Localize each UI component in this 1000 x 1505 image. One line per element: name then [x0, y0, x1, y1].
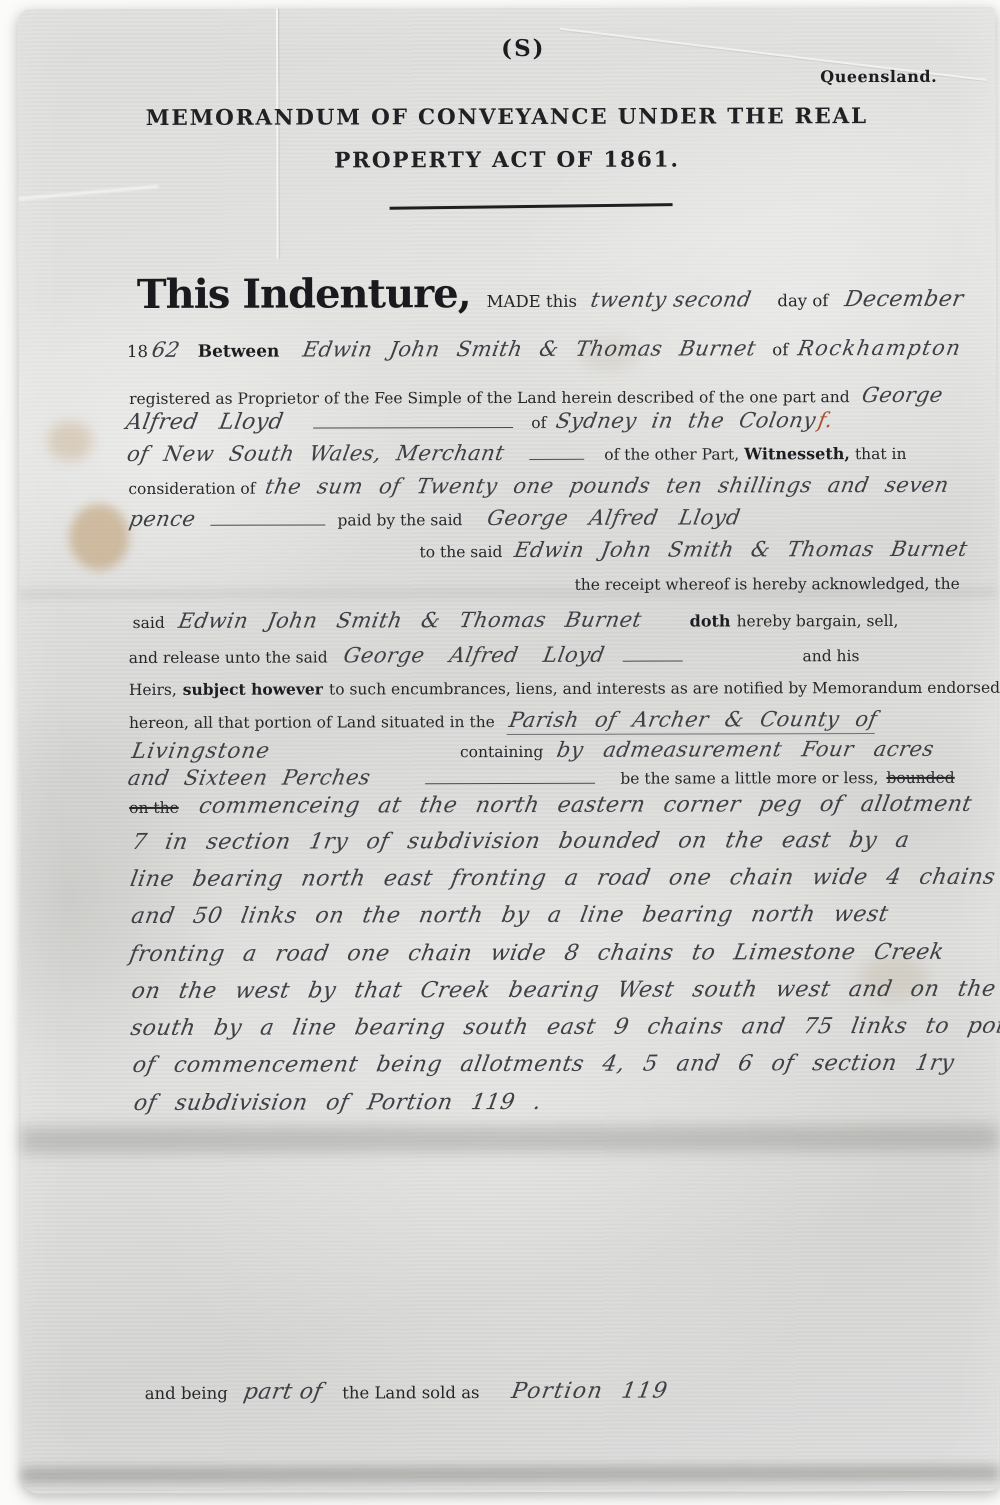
- handwritten-metes: line bearing north east fronting a road …: [128, 866, 997, 892]
- blank-rule: [622, 645, 682, 661]
- handwritten-grantee-place: Sydney in the Colony: [554, 409, 818, 433]
- made-this-label: MADE this: [487, 292, 577, 311]
- title-line-1: MEMORANDUM OF CONVEYANCE UNDER THE REAL: [18, 104, 995, 132]
- handwritten-grantee-rest: Alfred Lloyd: [124, 411, 285, 436]
- paper-crease: [22, 1465, 999, 1484]
- handwritten-metes: of commencement being allotments 4, 5 an…: [131, 1052, 956, 1078]
- blank-rule: [425, 768, 595, 785]
- scanned-document-page: { "scan": { "corner_mark": "(S)", "regio…: [0, 0, 1000, 1505]
- heirs-line: Heirs,subject howeverto such encumbrance…: [129, 678, 1000, 700]
- title-line-2: PROPERTY ACT OF 1861.: [18, 147, 995, 175]
- heirs-clause-1: Heirs,: [129, 681, 177, 699]
- handwritten-pence: pence: [127, 508, 197, 531]
- year-prefix: 18: [127, 342, 148, 361]
- between-label: Between: [198, 342, 280, 362]
- pence-line: pencepaid by the saidGeorge Alfred Lloyd: [129, 506, 740, 531]
- of-label: of: [772, 340, 788, 359]
- grantee-line: Alfred LloydofSydney in the Colonyf.: [126, 409, 833, 435]
- witnesseth-label: Witnesseth,: [744, 444, 850, 463]
- paper-crease: [276, 9, 279, 259]
- other-part-clause: of the other Part,: [604, 445, 739, 463]
- registered-clause: registered as Proprietor of the Fee Simp…: [129, 388, 850, 408]
- receipt-clause: the receipt whereof is hereby acknowledg…: [575, 575, 960, 594]
- handwritten-month: December: [842, 288, 965, 313]
- handwritten-parish: Parish of Archer & County of: [507, 708, 879, 735]
- corner-mark: (S): [501, 35, 545, 62]
- handwritten-portion: Portion 119: [509, 1380, 670, 1405]
- handwritten-grantee-full: George Alfred Lloyd: [342, 644, 607, 668]
- more-or-less-clause: be the same a little more or less,: [620, 769, 878, 788]
- consideration-line: consideration ofthe sum of Twenty one po…: [128, 474, 949, 499]
- handwritten-area: by admeasurement Four acres: [555, 738, 936, 762]
- handwritten-grantors: Edwin John Smith & Thomas Burnet: [301, 337, 758, 361]
- day-of-label: day of: [777, 291, 828, 310]
- opening-phrase: This Indenture,: [137, 270, 471, 318]
- doth-label: doth: [690, 611, 731, 630]
- land-sold-as-label: the Land sold as: [342, 1383, 479, 1402]
- subject-however-label: subject however: [183, 679, 323, 698]
- handwritten-payees: Edwin John Smith & Thomas Burnet: [512, 538, 969, 562]
- on-the-struck-label: on the: [129, 799, 179, 817]
- handwritten-metes: south by a line bearing south east 9 cha…: [129, 1015, 1000, 1042]
- parish-line: hereon, all that portion of Land situate…: [129, 708, 877, 736]
- paid-by-label: paid by the said: [337, 511, 462, 529]
- between-line: 1862BetweenEdwin John Smith & Thomas Bur…: [127, 337, 962, 362]
- consideration-label: consideration of: [128, 480, 255, 498]
- handwritten-metes: 7 in section 1ry of subdivision bounded …: [130, 829, 911, 855]
- county-line: Livingstonecontainingby admeasurement Fo…: [132, 738, 934, 764]
- footer-line: and beingpart ofthe Land sold asPortion …: [145, 1380, 668, 1406]
- blank-rule: [529, 444, 584, 460]
- metes-line-5: on the west by that Creek bearing West s…: [132, 978, 996, 1004]
- release-line: and release unto the saidGeorge Alfred L…: [129, 643, 860, 668]
- handwritten-day-words: twenty second: [589, 288, 753, 312]
- handwritten-metes: of subdivision of Portion 119 .: [132, 1091, 543, 1116]
- handwritten-metes: on the west by that Creek bearing West s…: [130, 978, 998, 1004]
- receipt-line: the receipt whereof is hereby acknowledg…: [575, 574, 960, 595]
- to-the-said-label: to the said: [419, 543, 502, 561]
- perches-line: and Sixteen Perchesbe the same a little …: [128, 765, 955, 790]
- correction-mark: f.: [816, 409, 835, 432]
- bounded-struck-label: bounded: [886, 769, 954, 787]
- handwritten-year: 62: [150, 339, 182, 362]
- release-clause: and release unto the said: [129, 648, 328, 667]
- handwritten-grantee-place2: of New South Wales, Merchant: [125, 442, 506, 466]
- handwritten-sellers: Edwin John Smith & Thomas Burnet: [177, 609, 644, 633]
- commencing-line: on thecommenceing at the north eastern c…: [129, 793, 971, 819]
- and-being-label: and being: [145, 1384, 228, 1403]
- containing-label: containing: [460, 743, 543, 761]
- handwritten-metes: and 50 links on the north by a line bear…: [129, 903, 890, 929]
- handwritten-county: Livingstone: [130, 740, 272, 764]
- blank-rule: [313, 412, 513, 429]
- handwritten-consideration: the sum of Twenty one pounds ten shillin…: [263, 474, 950, 499]
- registered-line: registered as Proprietor of the Fee Simp…: [129, 384, 942, 409]
- and-his-label: and his: [802, 647, 859, 665]
- of-label: of: [531, 414, 546, 432]
- paper-crease: [21, 1125, 998, 1154]
- that-in-label: that in: [855, 445, 907, 463]
- metes-line-6: south by a line bearing south east 9 cha…: [131, 1015, 1000, 1042]
- metes-line-3: and 50 links on the north by a line bear…: [131, 903, 888, 929]
- opening-line: This Indenture,MADE thistwenty secondday…: [137, 273, 963, 315]
- said-label: said: [133, 614, 165, 632]
- blank-rule: [210, 509, 325, 525]
- paper-crease: [19, 185, 159, 201]
- metes-line-2: line bearing north east fronting a road …: [130, 866, 995, 892]
- metes-line-1: 7 in section 1ry of subdivision bounded …: [132, 829, 909, 855]
- metes-line-7: of commencement being allotments 4, 5 an…: [133, 1052, 954, 1078]
- handwritten-grantor-place: Rockhampton: [796, 337, 963, 361]
- handwritten-part-of: part of: [242, 1380, 325, 1404]
- paper-stain: [47, 421, 93, 461]
- region-label: Queensland.: [820, 67, 937, 86]
- handwritten-metes: fronting a road one chain wide 8 chains …: [127, 941, 945, 967]
- to-said-line: to the saidEdwin John Smith & Thomas Bur…: [419, 538, 967, 563]
- metes-line-8: of subdivision of Portion 119 .: [134, 1091, 541, 1116]
- handwritten-area2: and Sixteen Perches: [126, 766, 372, 790]
- handwritten-grantee-first: George: [860, 384, 945, 407]
- merchant-line: of New South Wales, Merchantof the other…: [127, 441, 906, 466]
- paper-stain: [69, 504, 129, 570]
- hereon-clause: hereon, all that portion of Land situate…: [129, 713, 495, 732]
- paper-sheet: (S) Queensland. MEMORANDUM OF CONVEYANCE…: [18, 7, 999, 1494]
- heirs-clause-2: to such encumbrances, liens, and interes…: [329, 679, 1000, 699]
- handwritten-payer: George Alfred Lloyd: [485, 506, 742, 530]
- handwritten-metes-start: commenceing at the north eastern corner …: [197, 793, 974, 819]
- metes-line-4: fronting a road one chain wide 8 chains …: [130, 941, 944, 967]
- title-rule: [390, 203, 673, 210]
- sellers-line: saidEdwin John Smith & Thomas Burnetdoth…: [133, 608, 899, 633]
- bargain-clause: hereby bargain, sell,: [737, 612, 899, 630]
